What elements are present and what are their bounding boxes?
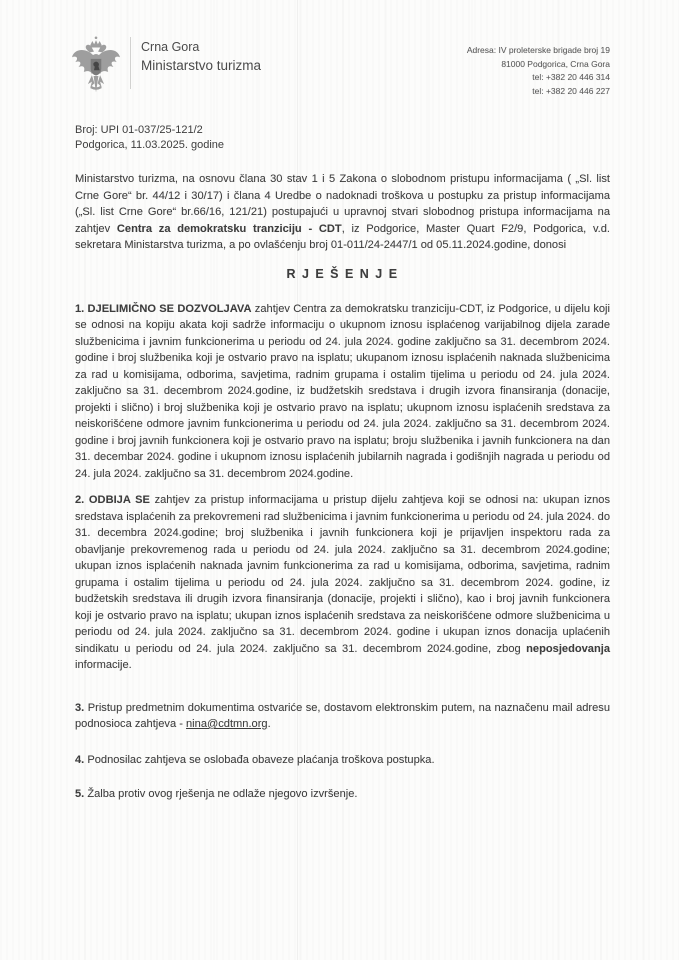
- address-block: Adresa: IV proleterske brigade broj 19 8…: [467, 35, 610, 98]
- item-5-lead: 5.: [75, 788, 84, 800]
- scan-fold-line: [297, 0, 298, 960]
- header-divider: [130, 37, 131, 89]
- decision-item-1: 1. DJELIMIČNO SE DOZVOLJAVA zahtjev Cent…: [75, 301, 610, 483]
- item-2-bold-word: neposjedovanja: [526, 643, 610, 655]
- item-5-text: Žalba protiv ovog rješenja ne odlaže nje…: [84, 788, 357, 800]
- letterhead: Crna Gora Ministarstvo turizma Adresa: I…: [75, 35, 610, 99]
- decision-item-5: 5. Žalba protiv ovog rješenja ne odlaže …: [75, 786, 610, 803]
- document-place-date: Podgorica, 11.03.2025. godine: [75, 138, 610, 153]
- ministry-name: Ministarstvo turizma: [141, 56, 261, 75]
- item-2-text: zahtjev za pristup informacijama u prist…: [75, 494, 610, 655]
- address-line: tel: +382 20 446 227: [467, 85, 610, 99]
- item-1-lead: 1. DJELIMIČNO SE DOZVOLJAVA: [75, 303, 252, 315]
- item-2-lead: 2. ODBIJA SE: [75, 494, 150, 506]
- country-name: Crna Gora: [141, 39, 261, 56]
- ministry-block: Crna Gora Ministarstvo turizma: [141, 35, 261, 75]
- address-line: 81000 Podgorica, Crna Gora: [467, 58, 610, 72]
- document-title: R J E Š E N J E: [75, 267, 610, 281]
- decision-item-4: 4. Podnosilac zahtjeva se oslobađa obave…: [75, 752, 610, 769]
- address-line: Adresa: IV proleterske brigade broj 19: [467, 44, 610, 58]
- address-line: tel: +382 20 446 314: [467, 71, 610, 85]
- item-2-tail: informacije.: [75, 659, 132, 671]
- email-link[interactable]: nina@cdtmn.org: [186, 718, 268, 730]
- decision-item-2: 2. ODBIJA SE zahtjev za pristup informac…: [75, 492, 610, 674]
- requester-name: Centra za demokratsku tranziciju - CDT: [117, 223, 342, 235]
- decision-item-3: 3. Pristup predmetnim dokumentima ostvar…: [75, 700, 610, 733]
- item-4-text: Podnosilac zahtjeva se oslobađa obaveze …: [84, 754, 434, 766]
- item-1-text: zahtjev Centra za demokratsku tranziciju…: [75, 303, 610, 480]
- montenegro-coat-of-arms-icon: [70, 35, 122, 99]
- document-meta: Broj: UPI 01-037/25-121/2 Podgorica, 11.…: [75, 123, 610, 152]
- item-4-lead: 4.: [75, 754, 84, 766]
- item-3-lead: 3.: [75, 702, 84, 714]
- item-3-tail: .: [268, 718, 271, 730]
- document-number: Broj: UPI 01-037/25-121/2: [75, 123, 610, 138]
- intro-paragraph: Ministarstvo turizma, na osnovu člana 30…: [75, 171, 610, 254]
- item-3-text: Pristup predmetnim dokumentima ostvariće…: [75, 702, 610, 731]
- scanned-document-page: Crna Gora Ministarstvo turizma Adresa: I…: [0, 0, 679, 960]
